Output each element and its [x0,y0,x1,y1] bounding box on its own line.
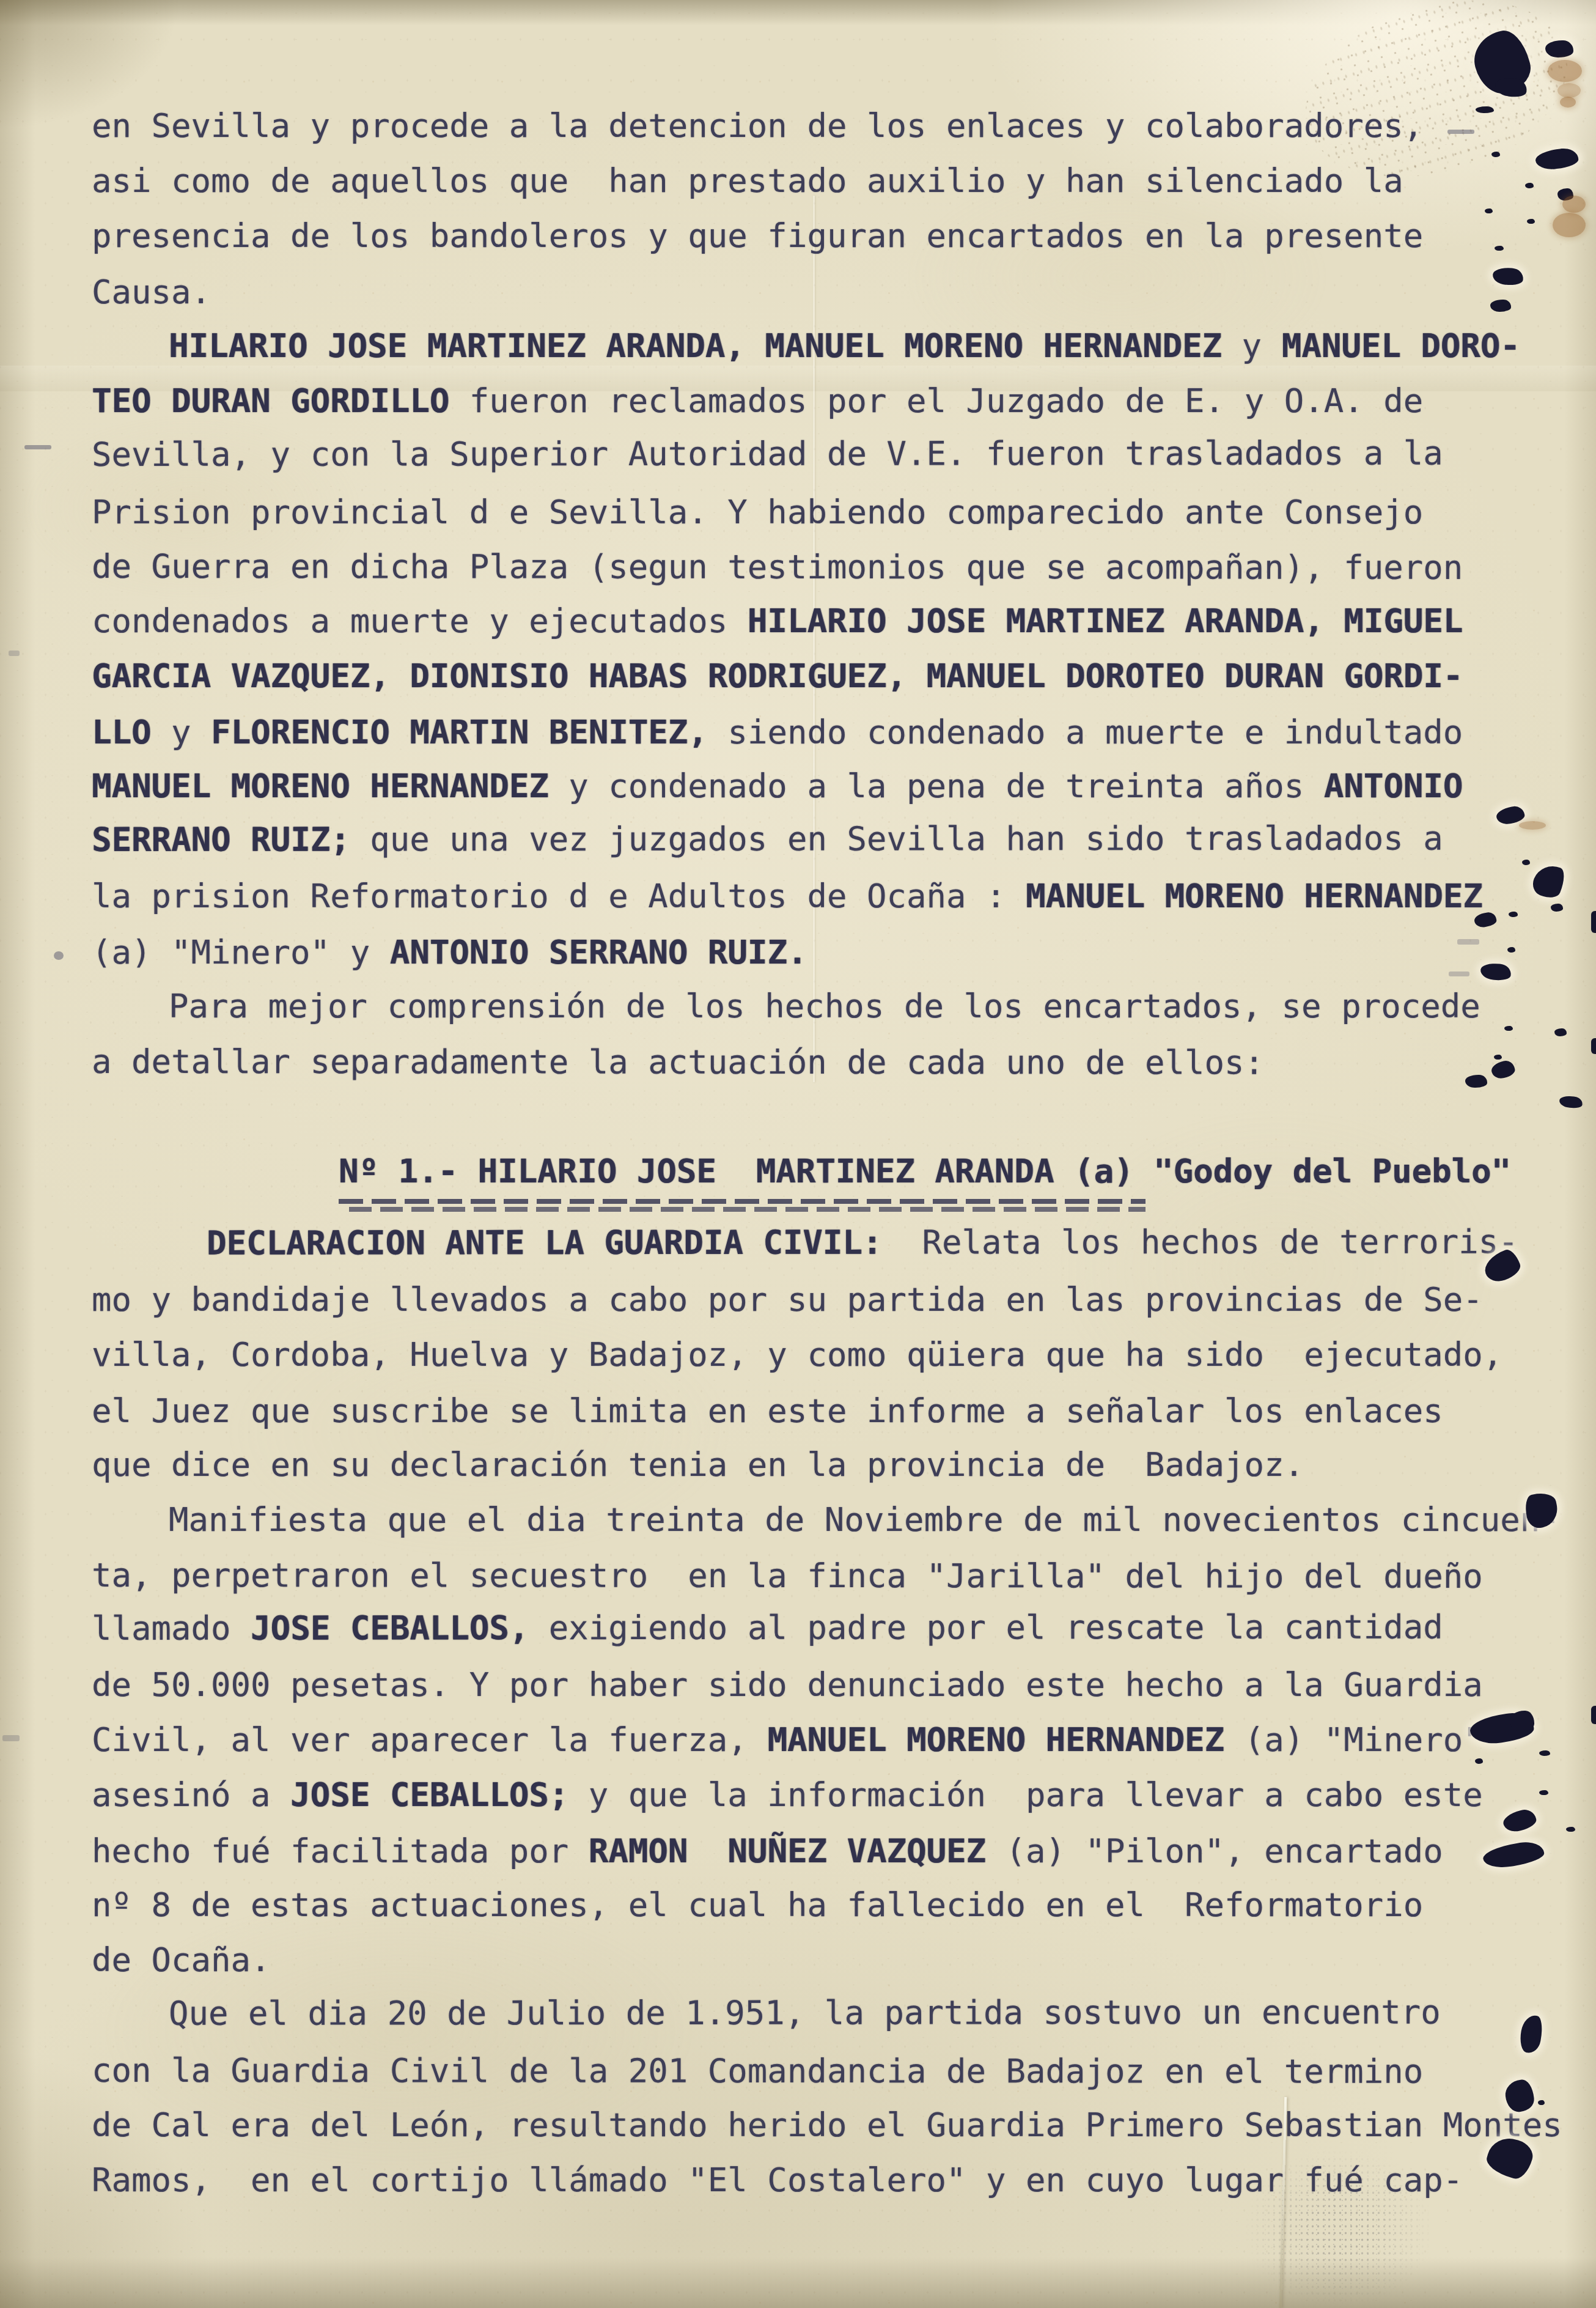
line-text: la prision Reformatorio d e Adultos de O… [92,877,1026,915]
name-emphasis: FLORENCIO MARTIN BENITEZ, [211,713,708,751]
ink-blot [1490,300,1511,312]
ink-blot [1539,1750,1550,1756]
text-line: la prision Reformatorio d e Adultos de O… [92,869,1583,924]
line-text: hecho fué facilitada por [92,1832,589,1870]
name-emphasis: MANUEL MORENO HERNANDEZ [92,767,549,805]
line-text: con la Guardia Civil de la 201 Comandanc… [92,2051,1423,2091]
line-text: siendo condenado a muerte e indultado [708,713,1463,751]
line-text: mo y bandidaje llevados a cabo por su pa… [92,1280,1483,1319]
text-line: con la Guardia Civil de la 201 Comandanc… [92,2043,1583,2100]
name-emphasis: ANTONIO [1324,767,1463,805]
rust-stain [1548,60,1582,82]
line-text: llamado [92,1609,251,1648]
name-emphasis: TEO DURAN GORDILLO [92,382,449,420]
text-line: a detallar separadamente la actuación de… [92,1034,1583,1091]
ink-blot [1591,1038,1596,1054]
line-text: y condenado a la pena de treinta años [549,767,1324,805]
pen-mark [9,651,20,656]
line-text: en Sevilla y procede a la detencion de l… [92,106,1423,145]
scanned-typewritten-page: en Sevilla y procede a la detencion de l… [0,0,1596,2308]
text-line: Que el dia 20 de Julio de 1.951, la part… [92,1985,1583,2041]
line-text: de Guerra en dicha Plaza (segun testimon… [92,547,1463,587]
text-line: que dice en su declaración tenia en la p… [92,1437,1583,1492]
name-emphasis: RAMON NUÑEZ VAZQUEZ [589,1832,986,1870]
smudge-stain [1244,2149,1433,2308]
text-line: DECLARACION ANTE LA GUARDIA CIVIL: Relat… [92,1214,1583,1271]
line-text: Prision provincial d e Sevilla. Y habien… [92,493,1423,531]
section-heading: Nº 1.- HILARIO JOSE MARTINEZ ARANDA (a) … [92,1144,1583,1217]
text-line: Manifiesta que el dia treinta de Noviemb… [92,1492,1583,1547]
line-text: nº 8 de estas actuaciones, el cual ha fa… [92,1886,1423,1924]
text-line: de Ocaña. [92,1933,1583,1988]
rust-stain [1560,97,1576,108]
line-text: Que el dia 20 de Julio de 1.951, la part… [169,1993,1441,2033]
ink-blot [1485,208,1493,213]
rust-stain [1562,196,1586,213]
ink-blot [1465,1075,1487,1088]
heading-underline [339,1198,1146,1214]
text-line: HILARIO JOSE MARTINEZ ARANDA, MANUEL MOR… [92,319,1583,374]
pen-mark [54,951,64,960]
text-line: de 50.000 pesetas. Y por haber sido denu… [92,1657,1583,1713]
text-line: mo y bandidaje llevados a cabo por su pa… [92,1272,1583,1327]
pen-mark [24,445,51,449]
line-text: de 50.000 pesetas. Y por haber sido denu… [92,1665,1483,1704]
name-emphasis: HILARIO JOSE MARTINEZ ARANDA, MIGUEL [748,602,1463,640]
name-emphasis: Nº 1.- HILARIO JOSE MARTINEZ ARANDA (a) … [339,1152,1511,1190]
name-emphasis: MANUEL DORO- [1282,326,1520,365]
text-line: condenados a muerte y ejecutados HILARIO… [92,594,1583,649]
section-heading-text: Nº 1.- HILARIO JOSE MARTINEZ ARANDA (a) … [339,1144,1583,1199]
text-line: Civil, al ver aparecer la fuerza, MANUEL… [92,1713,1583,1768]
name-emphasis: HILARIO JOSE MARTINEZ ARANDA, MANUEL MOR… [169,326,1222,365]
line-text: asesinó a [92,1775,290,1814]
line-text: Para mejor comprensión de los hechos de … [169,987,1480,1025]
line-text: condenados a muerte y ejecutados [92,602,748,640]
text-line: presencia de los bandoleros y que figura… [92,208,1583,264]
ink-blot [1545,40,1573,57]
line-text: (a) "Minero" [1224,1720,1483,1759]
pen-mark [1447,130,1474,134]
rust-stain [1557,83,1581,98]
text-line: asi como de aquellos que han prestado au… [92,153,1583,208]
pen-mark [1449,971,1469,976]
ink-blot [1509,912,1518,917]
name-emphasis: JOSE CEBALLOS; [290,1775,568,1814]
ink-blot [1591,911,1596,933]
text-line: hecho fué facilitada por RAMON NUÑEZ VAZ… [92,1824,1583,1879]
line-text: de Ocaña. [92,1941,271,1979]
line-text: exigiendo al padre por el rescate la can… [529,1608,1443,1648]
name-emphasis: GARCIA VAZQUEZ, DIONISIO HABAS RODRIGUEZ… [92,657,1463,695]
line-text: que una vez juzgados en Sevilla han sido… [350,819,1443,859]
line-text: fueron reclamados por el Juzgado de E. y… [449,382,1423,420]
rust-stain [1553,213,1586,237]
line-text: (a) "Minero" y [92,933,390,971]
text-line: de Cal era del León, resultando herido e… [92,2098,1583,2153]
line-text: y [1222,326,1282,365]
name-emphasis: LLO [92,713,152,751]
line-text: Causa. [92,273,211,311]
line-text: Relata los hechos de terroris- [882,1223,1518,1262]
line-text: presencia de los bandoleros y que figura… [92,216,1423,255]
ink-blot [1527,219,1535,224]
line-text: Civil, al ver aparecer la fuerza, [92,1720,767,1759]
text-line: villa, Cordoba, Huelva y Badajoz, y como… [92,1327,1583,1382]
text-line: Prision provincial d e Sevilla. Y habien… [92,485,1583,540]
text-line: LLO y FLORENCIO MARTIN BENITEZ, siendo c… [92,705,1583,760]
line-text: villa, Cordoba, Huelva y Badajoz, y como… [92,1335,1502,1374]
name-emphasis: ANTONIO SERRANO RUIZ. [390,933,807,971]
ink-blot [1551,904,1563,912]
text-line: (a) "Minero" y ANTONIO SERRANO RUIZ. [92,925,1583,980]
line-text: (a) "Pilon", encartado [986,1832,1443,1870]
line-text: ta, perpetraron el secuestro en la finca… [92,1556,1483,1596]
ink-blot [1522,860,1530,865]
ink-blot [1494,1055,1502,1060]
text-line: llamado JOSE CEBALLOS, exigiendo al padr… [92,1599,1583,1656]
ink-blot [1554,1028,1567,1036]
name-emphasis: SERRANO RUIZ; [92,820,350,859]
text-line: Causa. [92,265,1583,320]
ink-blot [1510,1711,1534,1731]
ink-blot [1504,1026,1513,1031]
text-line: Sevilla, y con la Superior Autoridad de … [92,426,1583,482]
text-line: nº 8 de estas actuaciones, el cual ha fa… [92,1878,1583,1933]
line-text: Manifiesta que el dia treinta de Noviemb… [169,1500,1560,1539]
text-line: TEO DURAN GORDILLO fueron reclamados por… [92,374,1583,429]
text-line: en Sevilla y procede a la detencion de l… [92,98,1583,153]
ink-blot [1475,1758,1483,1764]
name-emphasis: JOSE CEBALLOS, [251,1609,529,1647]
ink-blot [1538,2100,1545,2105]
line-text: el Juez que suscribe se limita en este i… [92,1392,1443,1430]
ink-blot [1566,1827,1575,1832]
line-text: a detallar separadamente la actuación de… [92,1042,1264,1082]
ink-blot [1591,1706,1596,1724]
ink-blot [1491,152,1500,157]
ink-blot [1525,183,1534,188]
line-text: y que la información para llevar a cabo … [568,1775,1483,1814]
rust-stain [1519,821,1546,830]
ink-blot [1507,947,1515,953]
line-text: y [152,713,211,751]
text-line: el Juez que suscribe se limita en este i… [92,1384,1583,1439]
text-line: SERRANO RUIZ; que una vez juzgados en Se… [92,811,1583,868]
name-emphasis: DECLARACION ANTE LA GUARDIA CIVIL: [207,1223,882,1263]
text-line: Para mejor comprensión de los hechos de … [92,979,1583,1034]
text-line: ta, perpetraron el secuestro en la finca… [92,1548,1583,1604]
text-line: MANUEL MORENO HERNANDEZ y condenado a la… [92,759,1583,814]
typewritten-text: en Sevilla y procede a la detencion de l… [92,98,1583,2208]
pen-mark [1457,939,1479,945]
blank-line [92,1089,1583,1144]
name-emphasis: MANUEL MORENO HERNANDEZ [767,1720,1224,1759]
line-text: Sevilla, y con la Superior Autoridad de … [92,434,1443,474]
line-text: de Cal era del León, resultando herido e… [92,2106,1562,2144]
text-line: asesinó a JOSE CEBALLOS; y que la inform… [92,1768,1583,1823]
line-text: que dice en su declaración tenia en la p… [92,1445,1304,1484]
ink-blot [1539,1790,1548,1795]
pen-mark [2,1735,20,1741]
text-line: GARCIA VAZQUEZ, DIONISIO HABAS RODRIGUEZ… [92,649,1583,704]
ink-blot [1476,106,1494,113]
line-text: asi como de aquellos que han prestado au… [92,161,1403,200]
name-emphasis: MANUEL MORENO HERNANDEZ [1026,877,1483,915]
text-line: de Guerra en dicha Plaza (segun testimon… [92,539,1583,595]
ink-blot [1495,246,1504,251]
